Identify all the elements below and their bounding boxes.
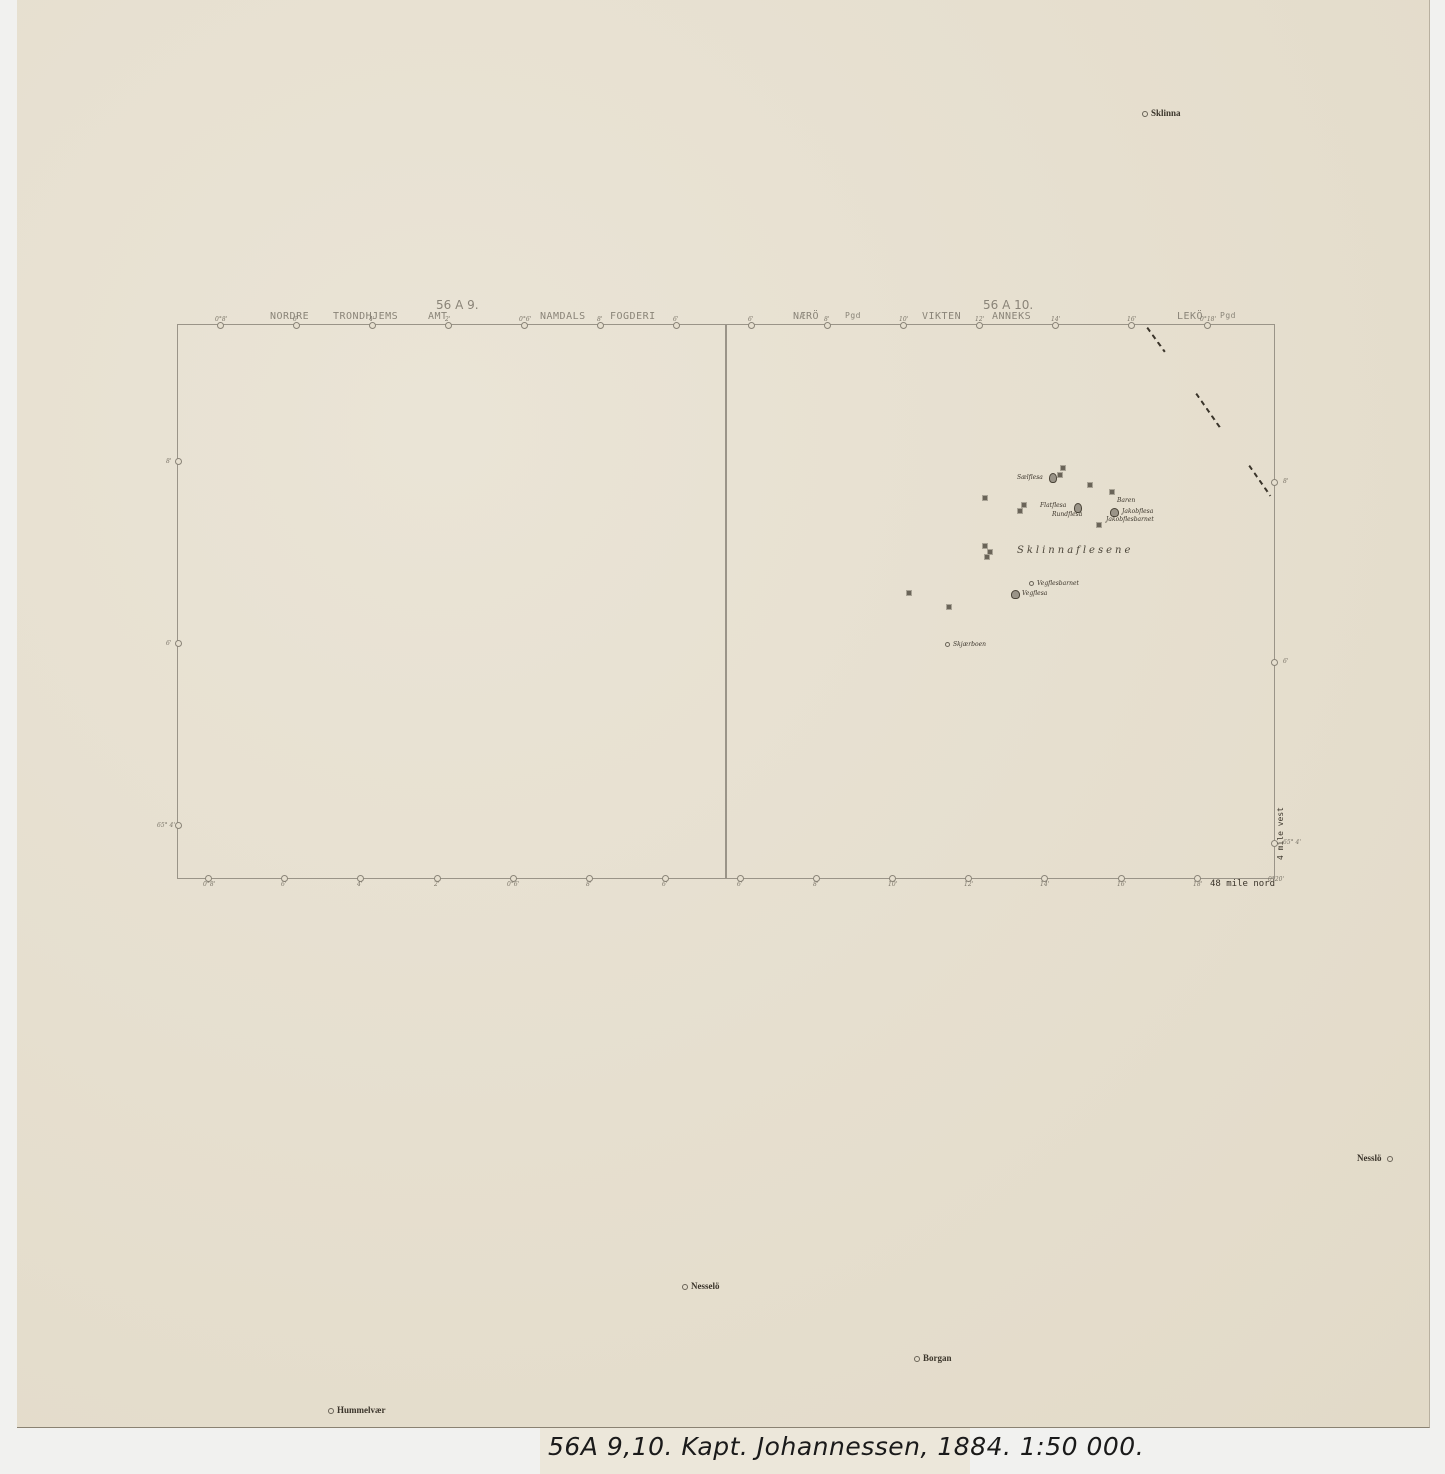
rock-marker: [1060, 465, 1066, 471]
header-naero: NÆRÖ: [793, 311, 819, 322]
tick-label: 65° 4': [1283, 839, 1301, 846]
grid-tick: [748, 322, 755, 329]
grid-tick: [673, 322, 680, 329]
tick-label: 14': [1051, 316, 1060, 323]
tick-label: 8': [813, 881, 818, 888]
header-pgd-2: Pgd: [1220, 311, 1236, 320]
rock-marker: [906, 590, 912, 596]
tick-label: 10': [899, 316, 908, 323]
grid-tick: [293, 322, 300, 329]
place-rundflesa: Rundflesa: [1052, 511, 1082, 518]
grid-tick: [1271, 479, 1278, 486]
place-label: Vegflesbarnet: [1037, 580, 1079, 587]
header-namdals: NAMDALS: [540, 311, 586, 322]
place-marker-icon: [945, 642, 950, 647]
tick-label: 14': [1040, 881, 1049, 888]
grid-tick: [597, 322, 604, 329]
tick-label: 0°6': [507, 881, 519, 888]
scale-note-north: 48 mile nord: [1210, 879, 1275, 889]
tick-label: 6': [662, 881, 667, 888]
tick-label: 6': [281, 881, 286, 888]
tick-label: 12': [964, 881, 973, 888]
rock-marker: [1109, 489, 1115, 495]
map-frame-right: [725, 324, 1275, 879]
tick-label: 2': [445, 316, 450, 323]
grid-tick: [900, 322, 907, 329]
header-fogderi: FOGDERI: [610, 311, 656, 322]
tick-label: 0°8': [203, 881, 215, 888]
place-label: Hummelvær: [337, 1405, 386, 1415]
tick-label: 18': [1193, 881, 1202, 888]
sheet-number-left: 56 A 9.: [436, 298, 479, 312]
tick-label: 6': [1283, 658, 1288, 665]
place-label: Nesselö: [691, 1281, 720, 1291]
place-selflesa: Sælflesa: [1017, 474, 1043, 481]
place-marker-icon: [1387, 1156, 1393, 1162]
rock-marker: [982, 495, 988, 501]
scale-note-west: 4 mile vest: [1276, 807, 1285, 860]
tick-label: 6': [293, 316, 298, 323]
tick-label: 10': [888, 881, 897, 888]
place-label: Nesslö: [1357, 1153, 1382, 1163]
grid-tick: [369, 322, 376, 329]
tick-label: 0°6': [519, 316, 531, 323]
caption-text: 56A 9,10. Kapt. Johannessen, 1884. 1:50 …: [548, 1432, 1144, 1461]
place-label: Skjærboen: [953, 641, 986, 648]
tick-label: 16': [1127, 316, 1136, 323]
tick-label: 0°18': [1200, 316, 1216, 323]
islet-vegflesa: [1011, 590, 1020, 599]
rock-marker: [1096, 522, 1102, 528]
tick-label: 8': [597, 316, 602, 323]
tick-label: 8': [824, 316, 829, 323]
rock-marker: [1087, 482, 1093, 488]
tick-label: 12': [975, 316, 984, 323]
grid-tick: [521, 322, 528, 329]
place-marker-icon: [914, 1356, 920, 1362]
place-marker-icon: [1029, 581, 1034, 586]
grid-tick: [1052, 322, 1059, 329]
grid-tick: [175, 822, 182, 829]
tick-label: 2': [434, 881, 439, 888]
place-skjaerboen: Skjærboen: [945, 641, 986, 648]
grid-tick: [1271, 659, 1278, 666]
place-jakobflesbarnet: Jakobflesbarnet: [1106, 516, 1154, 523]
tick-label: 4': [369, 316, 374, 323]
place-baren: Baren: [1117, 497, 1135, 504]
place-vegflesa: Vegflesa: [1022, 590, 1047, 597]
grid-tick: [175, 458, 182, 465]
place-borgan: Borgan: [914, 1353, 952, 1363]
grid-tick: [824, 322, 831, 329]
grid-tick: [1128, 322, 1135, 329]
rock-marker: [1017, 508, 1023, 514]
place-sklinna: Sklinna: [1142, 108, 1181, 118]
place-flatflesa: Flatflesa: [1040, 502, 1066, 509]
tick-label: 6': [673, 316, 678, 323]
place-nesslo: Nesslö: [1357, 1153, 1396, 1163]
tick-label: 16': [1117, 881, 1126, 888]
place-nesselo: Nesselö: [682, 1281, 720, 1291]
tick-label: 4': [357, 881, 362, 888]
grid-tick: [1204, 322, 1211, 329]
grid-tick: [976, 322, 983, 329]
place-marker-icon: [328, 1408, 334, 1414]
tick-label: 0°8': [215, 316, 227, 323]
grid-tick: [445, 322, 452, 329]
sheet-number-right: 56 A 10.: [983, 298, 1033, 312]
tick-label: 8': [586, 881, 591, 888]
tick-label: 8': [166, 458, 171, 465]
tick-label: 6': [748, 316, 753, 323]
tick-label: 65° 4': [157, 822, 175, 829]
header-anneks: ANNEKS: [992, 311, 1031, 322]
place-label: Borgan: [923, 1353, 952, 1363]
tick-label: 8': [1283, 478, 1288, 485]
islet-selflesa: [1049, 473, 1057, 483]
rock-marker: [946, 604, 952, 610]
header-vikten: VIKTEN: [922, 311, 961, 322]
place-marker-icon: [1142, 111, 1148, 117]
grid-tick: [217, 322, 224, 329]
place-label: Sklinna: [1151, 108, 1181, 118]
header-trondhjems: TRONDHJEMS: [333, 311, 398, 322]
rock-marker: [984, 554, 990, 560]
place-vegflesbarnet: Vegflesbarnet: [1029, 580, 1079, 587]
rock-marker: [1057, 472, 1063, 478]
header-nordre: NORDRE: [270, 311, 309, 322]
place-jakobflesa: Jakobflesa: [1122, 508, 1153, 515]
map-frame-left: [177, 324, 727, 879]
header-pgd-1: Pgd: [845, 311, 861, 320]
group-label-sklinnaflesene: Sklinnaflesene: [1017, 545, 1133, 556]
place-marker-icon: [682, 1284, 688, 1290]
grid-tick: [175, 640, 182, 647]
tick-label: 6': [737, 881, 742, 888]
place-hummelvaer: Hummelvær: [328, 1405, 386, 1415]
tick-label: 6': [166, 640, 171, 647]
